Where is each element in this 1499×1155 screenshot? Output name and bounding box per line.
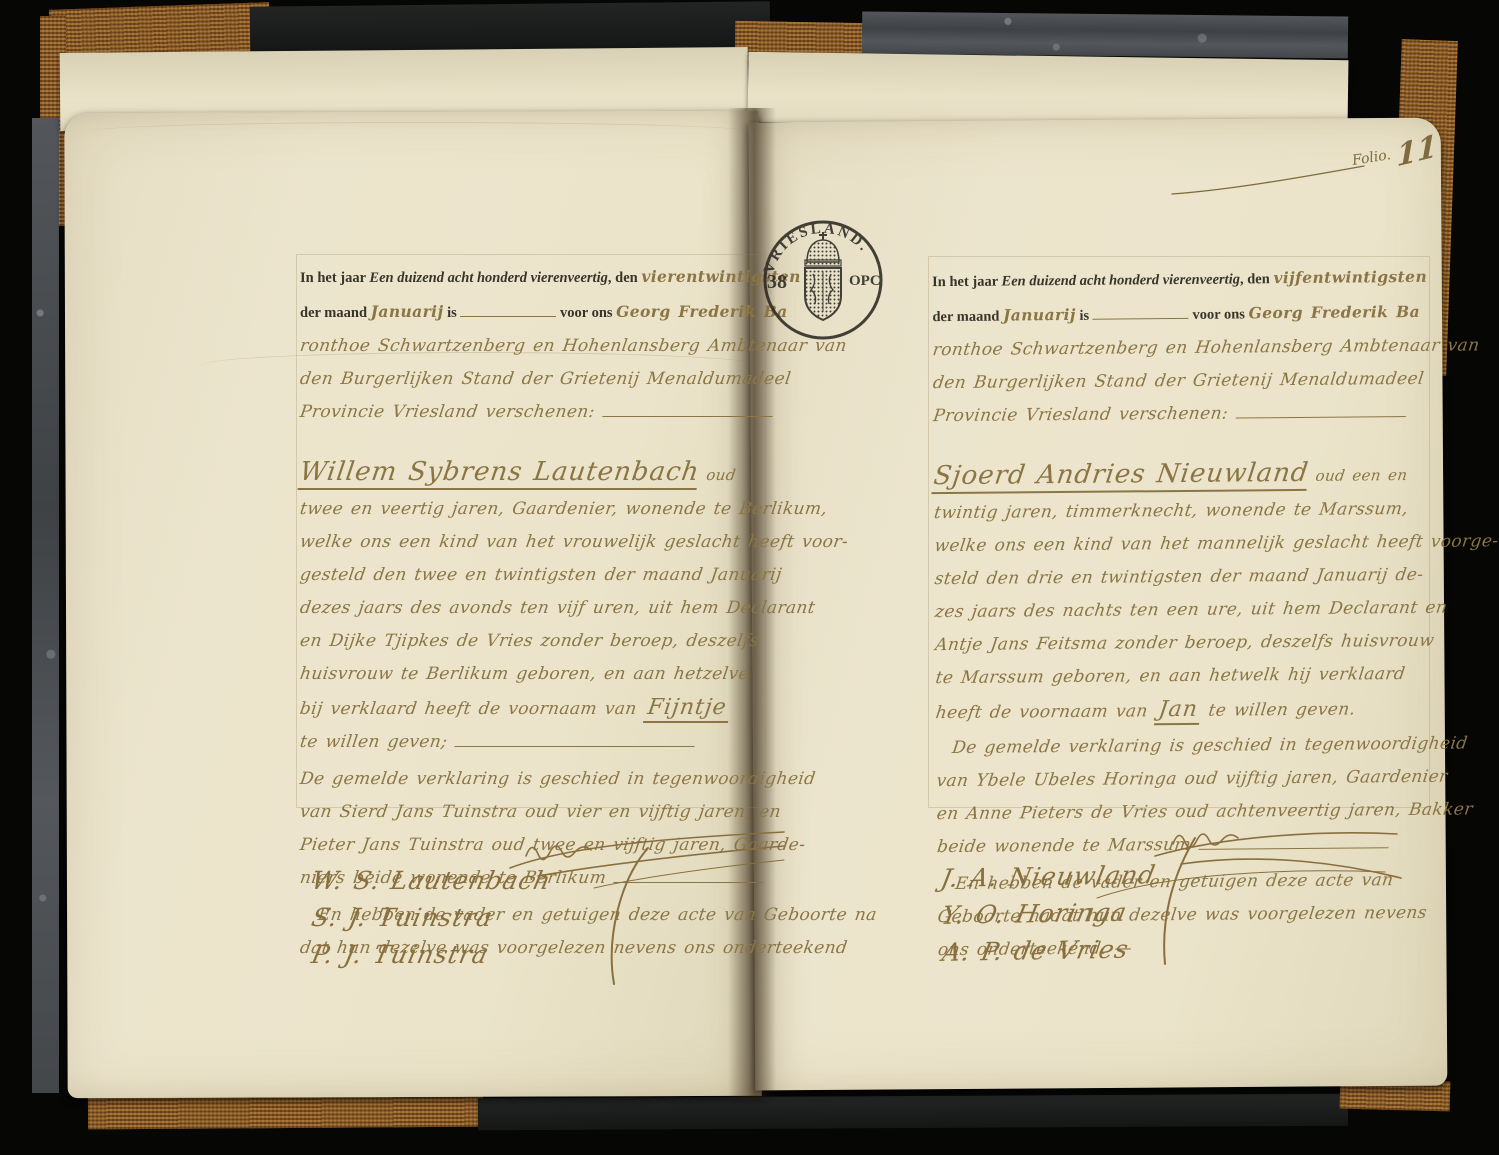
right-body-line: steld den drie en twintigsten der maand … [933,559,1427,596]
right-body-line: zes jaars des nachts ten een ure, uit he… [933,592,1427,629]
right-body-line: twintig jaren, timmerknecht, wonende te … [932,493,1426,530]
left-official-line: ronthoe Schwartzenberg en Hohenlansberg … [298,330,778,363]
cover-top-right-marbled [862,11,1348,58]
printed-is: is [1079,308,1089,324]
printed-in-het-jaar: In het jaar [300,270,366,286]
after-name: oud een en [1315,466,1409,485]
right-body-line: welke ons een kind van het mannelijk ges… [932,526,1426,563]
printed-in-het-jaar: In het jaar [932,274,998,291]
right-official-line: den Burgerlijken Stand der Grietenij Men… [931,363,1425,400]
printed-der-maand: der maand [300,305,367,321]
left-witness-line: De gemelde verklaring is geschied in teg… [298,763,778,796]
child-name: Fijntje [643,695,732,723]
book-scan: In het jaar Een duizend acht honderd vie… [0,0,1499,1155]
stamp-right-text: OPC [849,273,881,289]
stamp-left-number: 38 [767,271,787,293]
printed-year: Een duizend acht honderd vierenveertig [1001,271,1240,289]
right-header-line-2: der maand Januarij is voor ons Georg Fre… [932,295,1422,334]
blank-rule [460,315,556,317]
right-official-line: ronthoe Schwartzenberg en Hohenlansberg … [931,330,1425,367]
left-voornaam-line: bij verklaard heeft de voornaam van Fijn… [298,691,778,726]
fill-rule [1235,415,1405,418]
right-witness-line: van Ybele Ubeles Horinga oud vijftig jar… [934,761,1428,798]
left-body-line: huisvrouw te Berlikum geboren, en aan he… [298,658,778,691]
stamp-shield-icon [805,268,841,320]
left-body-line: twee en veertig jaren, Gaardenier, wonen… [298,493,778,526]
declarant-name: Willem Sybrens Lautenbach [297,457,701,490]
left-voornaam-suffix: te willen geven; [298,726,778,759]
hw-month: Januarij [371,302,444,321]
right-voornaam-line: heeft de voornaam van Jan te willen geve… [934,691,1429,730]
left-header-line-2: der maand Januarij is voor ons Georg Fre… [300,295,775,330]
left-official-line: Provincie Vriesland verschenen: [298,396,778,429]
left-official-line: den Burgerlijken Stand der Grietenij Men… [298,363,778,396]
printed-voor-ons: voor ons [1192,306,1245,322]
page-edge-line [90,122,750,141]
declarant-name: Sjoerd Andries Nieuwland [931,458,1310,494]
hw-month: Januarij [1003,305,1076,325]
hw-official-start: Georg Frederik Ba [1248,302,1420,322]
folio-flourish [1168,150,1368,200]
right-body-line: Antje Jans Feitsma zonder beroep, deszel… [933,625,1427,662]
left-declarant-line: Willem Sybrens Lautenbach oud [298,457,777,487]
official-signature-flourish [498,818,788,988]
right-official-line: Provincie Vriesland verschenen: [931,396,1425,433]
official-signature-flourish [1085,812,1405,972]
right-body-line: te Marssum geboren, en aan hetwelk hij v… [933,658,1427,695]
printed-der-maand: der maand [932,309,999,326]
after-name: oud [705,466,737,484]
cover-top-dark-edge [250,1,770,52]
left-header-line-1: In het jaar Een duizend acht honderd vie… [300,260,775,295]
child-name: Jan [1154,697,1203,725]
fill-rule [454,745,694,747]
left-body-line: en Dijke Tjipkes de Vries zonder beroep,… [298,625,778,658]
cover-bottom-dark-mid [478,1094,1348,1131]
blank-rule [1093,317,1189,320]
right-declarant-line: Sjoerd Andries Nieuwland oud een en [932,457,1426,491]
printed-voor-ons: voor ons [560,305,613,321]
cover-left-marbled-board [32,118,59,1093]
hw-day: vijfentwintigsten [1273,267,1427,287]
left-body-line: welke ons een kind van het vrouwelijk ge… [298,526,778,559]
left-body-line: gesteld den twee en twintigsten der maan… [298,559,778,592]
fill-rule [602,415,772,417]
right-header-line-1: In het jaar Een duizend acht honderd vie… [932,260,1422,299]
printed-year: Een duizend acht honderd vierenveertig [369,270,607,286]
vriesland-stamp: VRIESLAND. 38 OPC [757,214,889,346]
printed-is: is [447,305,457,321]
left-body-line: dezes jaars des avonds ten vijf uren, ui… [298,592,778,625]
cover-bottom-cloth-left [88,1093,483,1130]
right-witness-line: De gemelde verklaring is geschied in teg… [934,728,1428,765]
